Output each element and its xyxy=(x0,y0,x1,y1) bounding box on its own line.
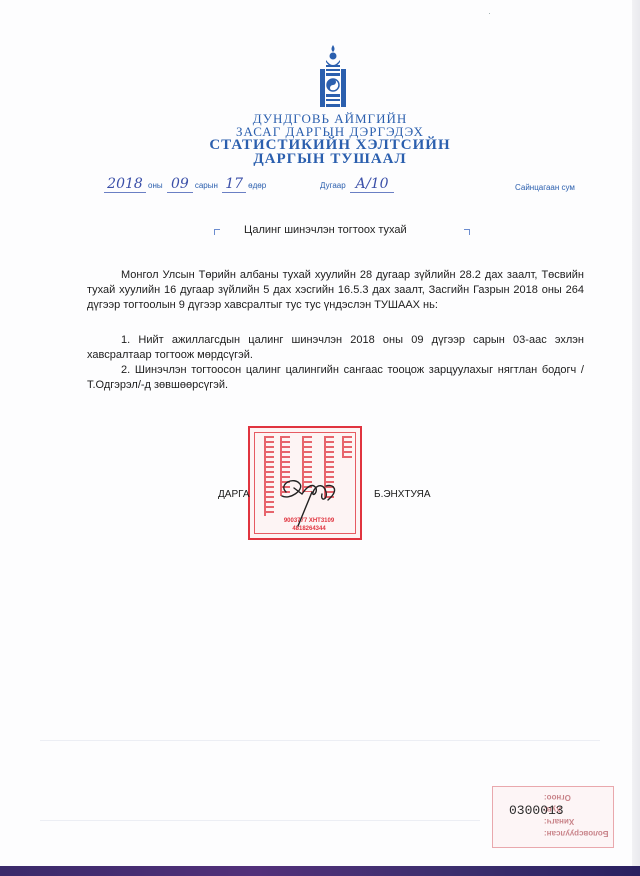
order-item-1: 1. Нийт ажиллагсдын цалинг шинэчлэн 2018… xyxy=(87,333,584,363)
reg-label: Боловсруулсан: xyxy=(544,827,609,839)
registration-number: 0300013 xyxy=(509,803,564,818)
soyombo-emblem-icon xyxy=(320,44,346,108)
order-number-label: Дугаар xyxy=(320,181,346,190)
date-row: 2018оны 09сарын 17өдөр xyxy=(104,176,268,193)
scan-artifact-line xyxy=(40,740,600,741)
subject-title: Цалинг шинэчлэн тогтоох тухай xyxy=(244,224,407,236)
date-month: 09 xyxy=(167,176,193,193)
registration-stamp: Боловсруулсан: Хинагч: Хув: Огноо: 03000… xyxy=(492,786,614,848)
mongol-script-column xyxy=(342,436,352,458)
letterhead-title: ДАРГЫН ТУШААЛ xyxy=(180,151,480,167)
signatory-name: Б.ЭНХТУЯА xyxy=(374,489,431,500)
place-name: Сайнцагаан сум xyxy=(515,183,575,192)
subject-corner-left xyxy=(214,229,220,235)
order-number: А/10 xyxy=(350,176,394,193)
reg-label: Огноо: xyxy=(544,791,609,803)
preamble-paragraph: Монгол Улсын Төрийн албаны тухай хуулийн… xyxy=(87,268,584,313)
year-label: оны xyxy=(148,181,163,190)
date-day: 17 xyxy=(222,176,246,193)
scan-mark: · xyxy=(488,8,491,18)
signatory-title: ДАРГА xyxy=(218,489,250,500)
handwritten-signature xyxy=(272,470,344,530)
scanner-bottom-edge xyxy=(0,866,640,876)
date-year: 2018 xyxy=(104,176,146,193)
scan-artifact-line xyxy=(40,820,480,821)
order-item-2: 2. Шинэчлэн тогтоосон цалинг цалингийн с… xyxy=(87,363,584,393)
month-label: сарын xyxy=(195,181,218,190)
day-label: өдөр xyxy=(248,181,266,190)
scan-edge xyxy=(632,0,640,866)
subject-corner-right xyxy=(464,229,470,235)
order-number-row: Дугаар А/10 xyxy=(318,176,394,193)
